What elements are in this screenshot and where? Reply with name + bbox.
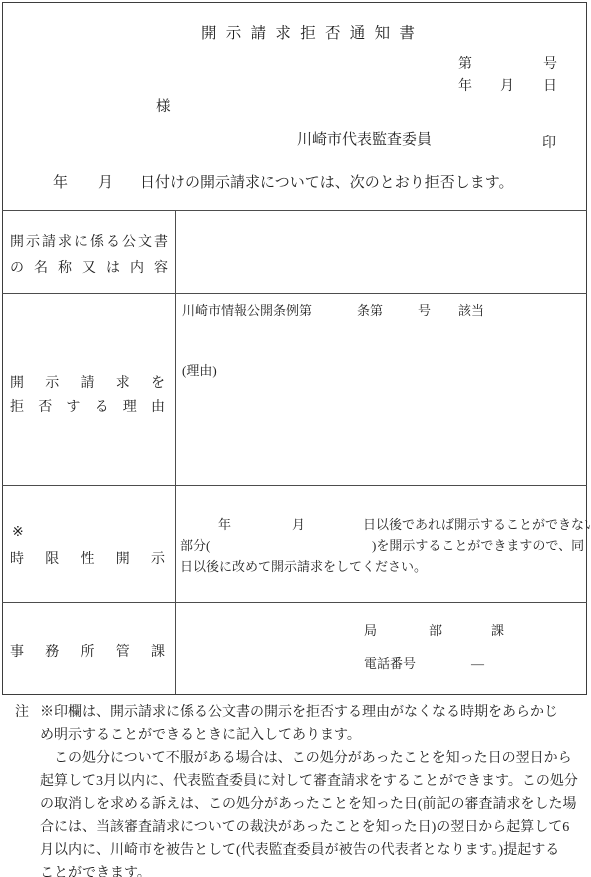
row3-year-label: 年 xyxy=(218,517,231,533)
document-frame xyxy=(2,2,587,695)
table-line-row3 xyxy=(2,602,587,603)
row1-label-line2: の名称又は内容 xyxy=(10,256,168,282)
note-line: め明示することができるときに記入してあります。 xyxy=(40,724,583,747)
seal-mark: 印 xyxy=(542,135,556,153)
doc-number-prefix: 第 xyxy=(458,56,472,74)
row4-label: 事務所管課 xyxy=(10,641,165,661)
table-line-top xyxy=(2,210,587,211)
department-label: 部 xyxy=(429,623,442,639)
note-marker: 注 xyxy=(15,701,29,724)
phone-dash: ― xyxy=(471,656,484,672)
ordinance-applicable: 該当 xyxy=(458,303,484,319)
note-line: 月以内に、川崎市を被告として(代表監査委員が被告の代表者となります。)提起する xyxy=(40,839,583,862)
intro-year-label: 年 xyxy=(53,174,68,193)
row3-label-text: 時限性開示 xyxy=(10,548,165,568)
note-line: この処分について不服がある場合は、この処分があったことを知った日の翌日から xyxy=(40,747,583,770)
note-line: 注 ※印欄は、開示請求に係る公文書の開示を拒否する理由がなくなる時期をあらかじ xyxy=(15,701,583,724)
ordinance-article: 条第 xyxy=(357,303,383,319)
row2-label-line2: 拒否する理由 xyxy=(10,396,165,420)
date-month-label: 月 xyxy=(500,78,514,96)
intro-sentence: 日付けの開示請求については、次のとおり拒否します。 xyxy=(140,174,514,193)
ordinance-prefix: 川崎市情報公開条例第 xyxy=(182,303,312,319)
note-line-text: ※印欄は、開示請求に係る公文書の開示を拒否する理由がなくなる時期をあらかじ xyxy=(40,701,558,724)
phone-label: 電話番号 xyxy=(364,656,416,672)
note-line: 起算して3月以内に、代表監査委員に対して審査請求をすることができます。この処分 xyxy=(40,770,583,793)
issuer-name: 川崎市代表監査委員 xyxy=(297,131,432,150)
notes-section: 注 ※印欄は、開示請求に係る公文書の開示を拒否する理由がなくなる時期をあらかじ … xyxy=(15,701,583,877)
row3-month-label: 月 xyxy=(292,517,305,533)
reason-label: (理由) xyxy=(182,363,217,379)
row2-label-line1: 開示請求を xyxy=(10,372,165,396)
row1-value-area xyxy=(183,230,578,285)
table-line-row2 xyxy=(2,485,587,486)
note-line: 合には、当該審査請求についての裁決があったことを知った日)の翌日から起算して6 xyxy=(40,816,583,839)
intro-month-label: 月 xyxy=(98,174,113,193)
row3-line3-text: 日以後に改めて開示請求をしてください。 xyxy=(180,559,427,575)
table-line-row1 xyxy=(2,293,587,294)
addressee-honorific: 様 xyxy=(156,98,171,116)
ordinance-item: 号 xyxy=(418,303,431,319)
row3-line2-open: 部分( xyxy=(180,538,210,554)
row3-line1-text: 日以後であれば開示することができない xyxy=(363,517,591,533)
row3-asterisk: ※ xyxy=(12,524,24,542)
bureau-label: 局 xyxy=(364,623,377,639)
section-label: 課 xyxy=(491,623,504,639)
row1-label: 開示請求に係る公文書 の名称又は内容 xyxy=(10,230,168,281)
row3-label: 時限性開示 xyxy=(10,548,165,568)
doc-number-suffix: 号 xyxy=(543,56,557,74)
doc-title: 開示請求拒否通知書 xyxy=(201,21,424,43)
note-line: の取消しを求める訴えは、この処分があったことを知った日(前記の審査請求をした場 xyxy=(40,793,583,816)
date-day-label: 日 xyxy=(543,78,557,96)
row2-label: 開示請求を 拒否する理由 xyxy=(10,372,165,419)
row3-line2-text: )を開示することができますので、同 xyxy=(372,538,584,554)
note-line: ことができます。 xyxy=(40,862,583,877)
document-page: 開示請求拒否通知書 第 号 年 月 日 様 川崎市代表監査委員 印 年 月 日付… xyxy=(0,0,591,877)
table-line-divider xyxy=(175,210,176,694)
date-year-label: 年 xyxy=(458,78,472,96)
row1-label-line1: 開示請求に係る公文書 xyxy=(10,230,168,256)
row4-label-text: 事務所管課 xyxy=(10,641,165,661)
